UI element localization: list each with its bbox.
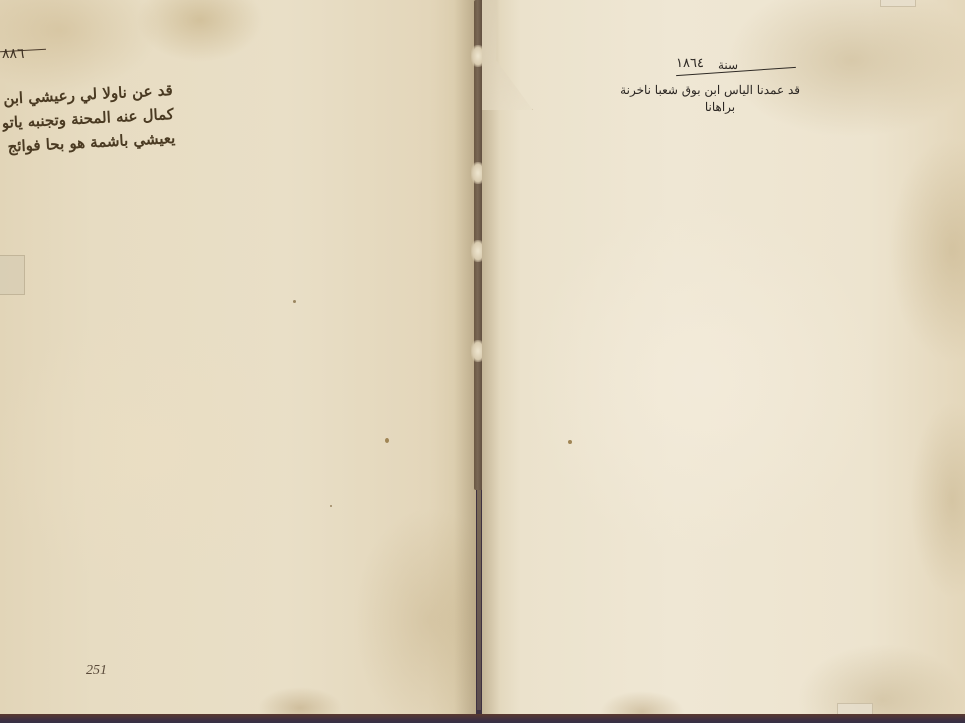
manuscript-spread: ٨٨٦ قد عن ناولا لي رعيشي ابن طوش كمال عن… — [0, 0, 965, 723]
ink-speck — [568, 440, 572, 444]
right-note-line-2: براهانا — [640, 99, 800, 116]
ink-speck — [385, 438, 389, 443]
ink-speck — [293, 300, 296, 303]
right-note-line-1: قد عمدنا الياس ابن بوق شعبا ناخرنة — [640, 82, 800, 99]
left-page: ٨٨٦ قد عن ناولا لي رعيشي ابن طوش كمال عن… — [0, 0, 476, 716]
left-header-number: ٨٨٦ — [2, 46, 25, 62]
right-header-word: سنة — [718, 58, 738, 72]
left-margin-paper-tab — [0, 255, 25, 295]
folio-number: 251 — [86, 663, 107, 679]
torn-corner-flap — [482, 0, 533, 110]
top-right-paper-tab — [880, 0, 916, 7]
binding-bottom-edge — [0, 714, 965, 723]
left-handwritten-note: قد عن ناولا لي رعيشي ابن طوش كمال عنه ال… — [0, 78, 176, 159]
right-handwritten-note: قد عمدنا الياس ابن بوق شعبا ناخرنة براها… — [640, 82, 800, 116]
ink-speck — [330, 505, 332, 507]
book-spine-lower — [477, 490, 481, 710]
right-header-year: ١٨٦٤ — [676, 56, 704, 71]
